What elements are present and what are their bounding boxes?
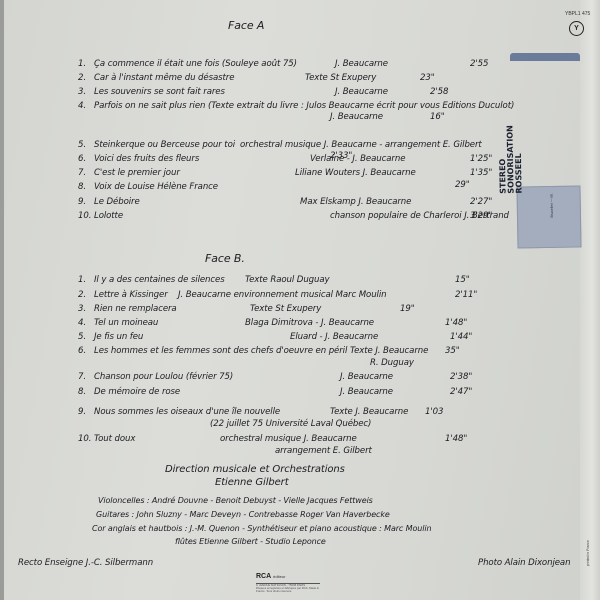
track-duration: 2'11" [455, 290, 477, 300]
track-title: Je fis un feu [94, 332, 143, 342]
track-number: 10. [78, 434, 91, 444]
track-credit: Liliane Wouters J. Beaucarne [295, 168, 416, 178]
track-credit: Verlaine - J. Beaucarne [310, 154, 405, 164]
track-duration: 1'48" [445, 318, 467, 328]
track-credit: R. Duguay [370, 358, 414, 368]
track-duration: 1'35" [470, 168, 492, 178]
track-duration: 2'47" [450, 387, 472, 397]
track-title: Les hommes et les femmes sont des chefs … [94, 346, 347, 356]
track-credit: J. Beaucarne [330, 112, 383, 122]
track-number: 8. [78, 387, 86, 397]
track-title: Chanson pour Loulou (février 75) [94, 372, 233, 382]
side-b-title: Face B. [205, 252, 245, 265]
track-duration: 1'25" [470, 154, 492, 164]
track-credit: J. Beaucarne [335, 59, 388, 69]
track-title: C'est le premier jour [94, 168, 180, 178]
track-credit: Blaga Dimitrova - J. Beaucarne [245, 318, 374, 328]
rca-editeur: éditeur [273, 574, 285, 579]
track-credit: orchestral musique J. Beaucarne - arrang… [240, 140, 482, 150]
track-title: Steinkerque ou Berceuse pour toi [94, 140, 235, 150]
track-title: Ça commence il était une fois (Souleye a… [94, 59, 297, 69]
catalog-number: YBPL1 475 [565, 11, 590, 17]
track-number: 4. [78, 318, 86, 328]
track-duration: 1'48" [445, 434, 467, 444]
track-duration: 35" [445, 346, 460, 356]
track-title: Voici des fruits des fleurs [94, 154, 199, 164]
track-credit: J. Beaucarne [340, 372, 393, 382]
track-number: 1. [78, 59, 86, 69]
musician-credit: Guitares : John Sluzny - Marc Deveyn - C… [96, 510, 390, 519]
track-duration: 2'55 [470, 59, 488, 69]
track-credit: Texte J. Beaucarne [350, 346, 428, 356]
publisher-block: RCAéditeur 9, AVENUE MATIGNON - 75008 PA… [256, 563, 320, 594]
blue-label-strip [510, 53, 580, 61]
track-credit: Texte St Exupery [305, 73, 376, 83]
musician-credit: Cor anglais et hautbois : J.-M. Quenon -… [92, 524, 431, 533]
track-credit: J. Beaucarne [335, 87, 388, 97]
track-number: 6. [78, 346, 86, 356]
track-number: 2. [78, 290, 86, 300]
track-credit: Texte J. Beaucarne [330, 407, 408, 417]
track-duration: 2'27" [470, 197, 492, 207]
track-title: Les souvenirs se sont fait rares [94, 87, 225, 97]
track-number: 4. [78, 101, 86, 111]
direction-name: Etienne Gilbert [215, 477, 289, 488]
track-number: 9. [78, 407, 86, 417]
track-number: 8. [78, 182, 86, 192]
sticker-brand: STEREO SONORISATION ROSSEEL [498, 125, 523, 194]
track-subtitle: (22 juillet 75 Université Laval Québec) [210, 419, 371, 429]
track-number: 2. [78, 73, 86, 83]
track-duration: 3'29" [470, 211, 492, 221]
musician-credit: Violoncelles : André Douvne - Benoit Deb… [98, 496, 373, 505]
track-title: Le Déboire [94, 197, 140, 207]
label-logo-icon: Y [569, 21, 584, 36]
track-duration: 1'44" [450, 332, 472, 342]
side-print: printed in France [586, 540, 590, 566]
dealer-sticker: STEREO SONORISATION ROSSEEL Bruxelles — … [516, 185, 581, 248]
track-credit: J. Beaucarne [340, 387, 393, 397]
musician-credit: flûtes Etienne Gilbert - Studio Leponce [175, 537, 326, 546]
side-a-title: Face A [228, 19, 264, 32]
track-duration: 16" [430, 112, 445, 122]
track-duration: 2'58 [430, 87, 448, 97]
track-number: 9. [78, 197, 86, 207]
track-credit: Eluard - J. Beaucarne [290, 332, 378, 342]
track-credit: orchestral musique J. Beaucarne [220, 434, 357, 444]
track-title: Rien ne remplacera [94, 304, 177, 314]
track-title: Lettre à Kissinger [94, 290, 168, 300]
track-duration: 2'38" [450, 372, 472, 382]
track-title: Tel un moineau [94, 318, 158, 328]
track-duration: 19" [400, 304, 415, 314]
photo-credit: Photo Alain Dixonjean [478, 558, 570, 568]
track-title: Lolotte [94, 211, 123, 221]
track-title: De mémoire de rose [94, 387, 180, 397]
track-number: 5. [78, 332, 86, 342]
track-duration: 15" [455, 275, 470, 285]
album-back-cover: YBPL1 475 Y Face A 1.Ça commence il étai… [0, 0, 600, 600]
track-duration: 23" [420, 73, 435, 83]
track-number: 7. [78, 372, 86, 382]
track-duration: 29" [455, 180, 470, 190]
track-title: Nous sommes les oiseaux d'une île nouvel… [94, 407, 280, 417]
track-number: 7. [78, 168, 86, 178]
direction-heading: Direction musicale et Orchestrations [165, 464, 345, 475]
track-credit: Texte Raoul Duguay [245, 275, 330, 285]
rca-logo: RCA [256, 573, 271, 580]
track-number: 3. [78, 87, 86, 97]
sleeve-right-edge [580, 0, 600, 600]
track-title: Parfois on ne sait plus rien (Texte extr… [94, 101, 514, 111]
recto-credit: Recto Enseigne J.-C. Silbermann [18, 558, 153, 568]
track-credit: Max Elskamp J. Beaucarne [300, 197, 411, 207]
track-number: 6. [78, 154, 86, 164]
track-title: Car à l'instant même du désastre [94, 73, 234, 83]
sticker-address: Bruxelles — tél. [550, 193, 554, 218]
sleeve-left-edge [0, 0, 4, 600]
track-duration: 1'03 [425, 407, 443, 417]
track-number: 10. [78, 211, 91, 221]
track-title: Il y a des centaines de silences [94, 275, 225, 285]
track-number: 5. [78, 140, 86, 150]
track-title: Voix de Louise Hélène France [94, 182, 218, 192]
track-title: Tout doux [94, 434, 135, 444]
track-number: 1. [78, 275, 86, 285]
track-credit: Texte St Exupery [250, 304, 321, 314]
rca-legal: Disques enregistrés et fabriqués par RCA… [256, 587, 320, 593]
track-credit: arrangement E. Gilbert [275, 446, 372, 456]
track-number: 3. [78, 304, 86, 314]
track-credit: J. Beaucarne environnement musical Marc … [178, 290, 386, 300]
